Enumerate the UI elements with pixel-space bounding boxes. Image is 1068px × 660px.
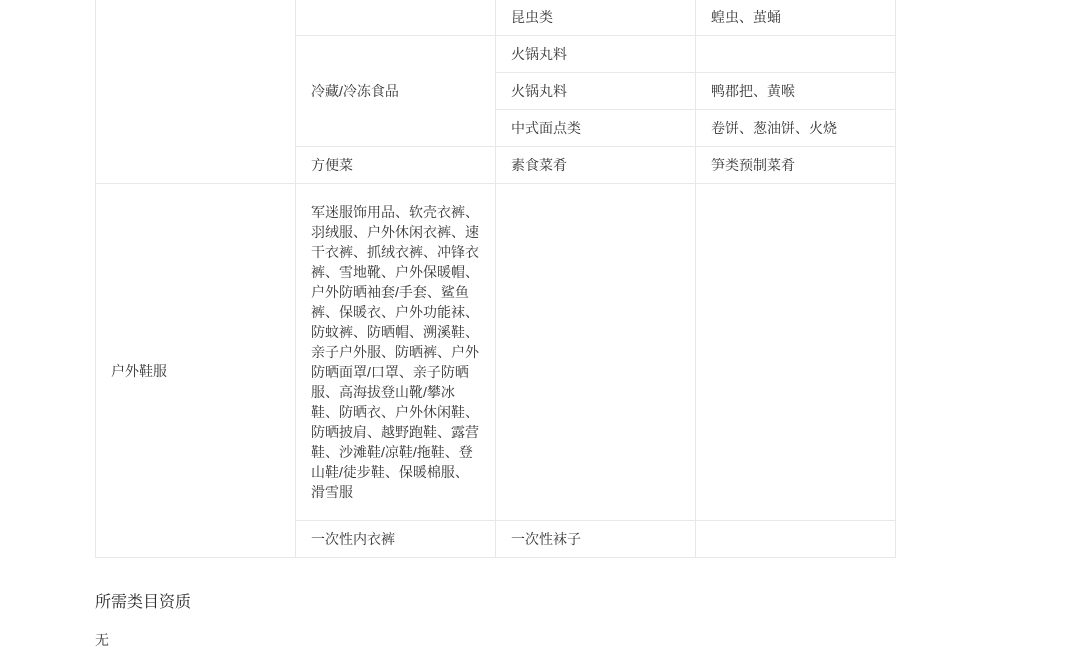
table-cell-category-l3: 素食菜肴 — [496, 147, 696, 184]
table-cell-examples: 笋类预制菜肴 — [696, 147, 896, 184]
table-cell-category-l3: 中式面点类 — [496, 110, 696, 147]
table-cell-category-l3-empty — [496, 184, 696, 521]
required-qualifications-heading: 所需类目资质 — [95, 592, 191, 614]
table-cell-category-l3: 昆虫类 — [496, 0, 696, 36]
table-cell-category-l1-outdoor: 户外鞋服 — [96, 184, 296, 558]
table-cell-category-l2: 冷藏/冷冻食品 — [296, 36, 496, 147]
table-cell-outdoor-product-list: 军迷服饰用品、软壳衣裤、羽绒服、户外休闲衣裤、速干衣裤、抓绒衣裤、冲锋衣裤、雪地… — [296, 184, 496, 521]
table-cell-examples-empty — [696, 184, 896, 521]
table-cell-category-l3: 火锅丸料 — [496, 36, 696, 73]
required-qualifications-value: 无 — [95, 630, 109, 650]
category-table: 昆虫类 蝗虫、茧蛹 冷藏/冷冻食品 火锅丸料 火锅丸料 鸭郡把、黄喉 中式面点类… — [95, 0, 896, 558]
table-cell-category-l3: 火锅丸料 — [496, 73, 696, 110]
page: 昆虫类 蝗虫、茧蛹 冷藏/冷冻食品 火锅丸料 火锅丸料 鸭郡把、黄喉 中式面点类… — [0, 0, 1068, 660]
table-cell-examples: 鸭郡把、黄喉 — [696, 73, 896, 110]
table-cell-category-l2: 一次性内衣裤 — [296, 521, 496, 558]
table-row: 户外鞋服 军迷服饰用品、软壳衣裤、羽绒服、户外休闲衣裤、速干衣裤、抓绒衣裤、冲锋… — [96, 184, 896, 521]
table-cell-category-l2: 方便菜 — [296, 147, 496, 184]
table-cell-examples-empty — [696, 521, 896, 558]
table-cell-examples — [696, 36, 896, 73]
table-cell-category-l3: 一次性袜子 — [496, 521, 696, 558]
table-cell-examples: 卷饼、葱油饼、火烧 — [696, 110, 896, 147]
table-cell-category-l2-empty — [296, 0, 496, 36]
table-cell-category-l1-empty — [96, 0, 296, 184]
table-row: 昆虫类 蝗虫、茧蛹 — [96, 0, 896, 36]
table-cell-examples: 蝗虫、茧蛹 — [696, 0, 896, 36]
